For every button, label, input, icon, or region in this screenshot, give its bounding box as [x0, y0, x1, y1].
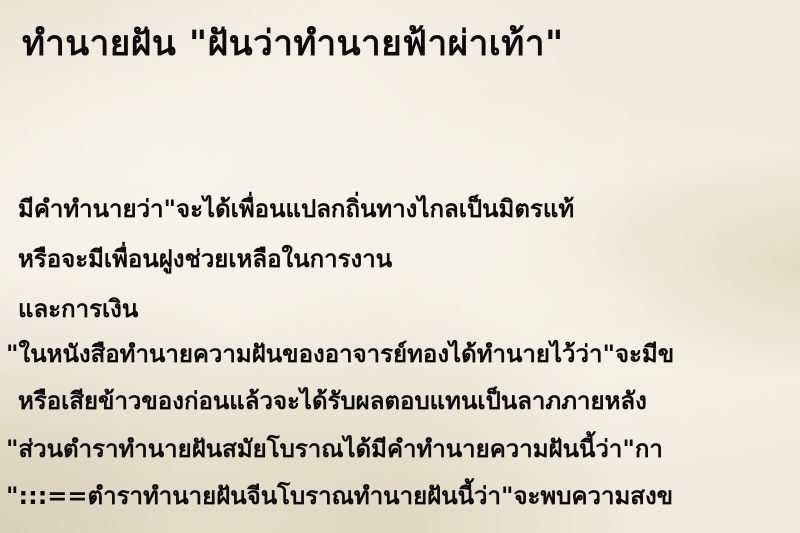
paragraph-line-1: มีคำทำนายว่า"จะได้เพื่อนแปลกถิ่นทางไกลเป… — [18, 192, 574, 226]
paragraph-line-3: และการเงิน — [18, 292, 138, 326]
paragraph-line-7: ":::==ตำราทำนายฝันจีนโบราณทำนายฝันนี้ว่า… — [6, 479, 673, 513]
paragraph-line-5: หรือเสียข้าวของก่อนแล้วจะได้รับผลตอบแทนเ… — [18, 384, 647, 418]
paragraph-line-2: หรือจะมีเพื่อนฝูงช่วยเหลือในการงาน — [18, 242, 392, 276]
paragraph-line-6: "ส่วนตำราทำนายฝันสมัยโบราณได้มีคำทำนายคว… — [6, 432, 663, 466]
paragraph-line-4: "ในหนังสือทำนายความฝันของอาจารย์ทองได้ทำ… — [6, 337, 674, 371]
page-title: ทำนายฝัน "ฝันว่าทำนายฟ้าผ่าเท้า" — [22, 16, 564, 72]
